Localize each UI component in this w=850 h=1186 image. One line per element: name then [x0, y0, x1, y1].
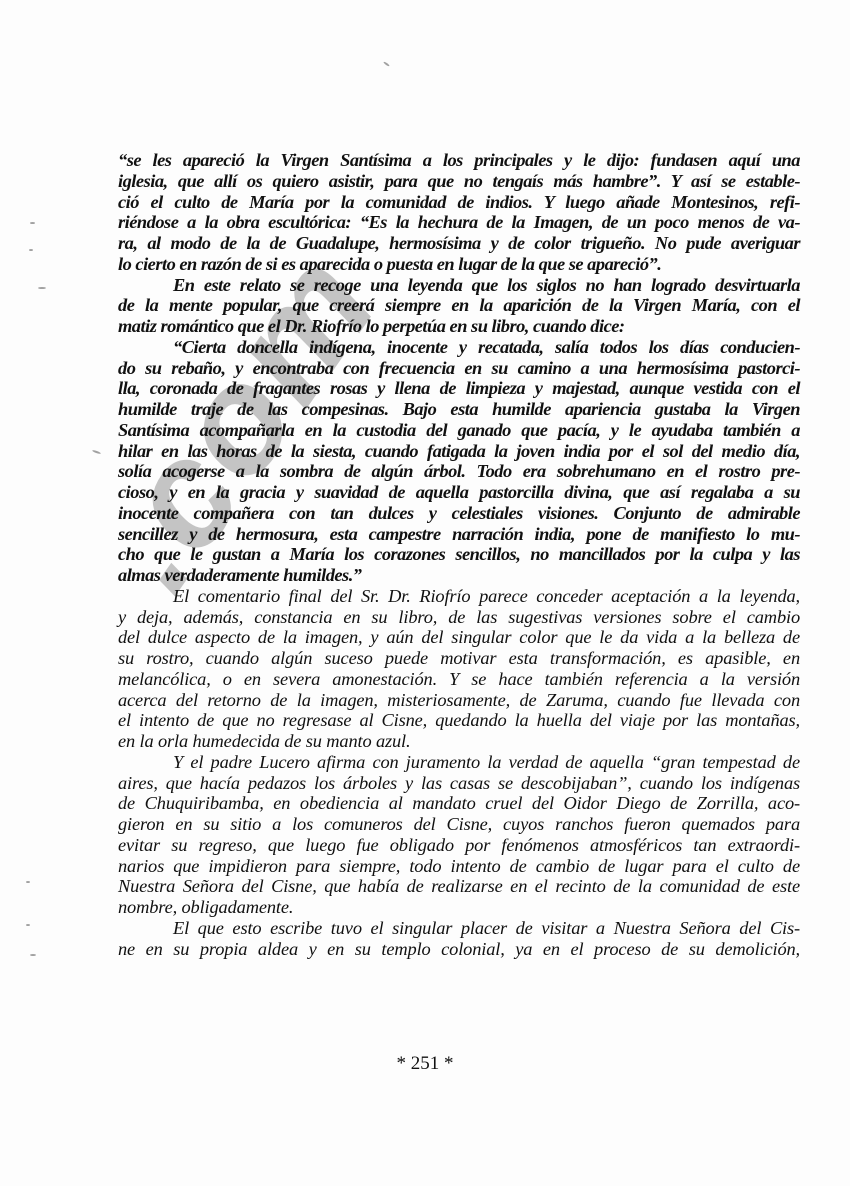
text-line: “se les apareció la Virgen Santísima a l… — [118, 150, 800, 171]
text-line: iglesia, que allí os quiero asistir, par… — [118, 171, 800, 192]
body-text: “se les apareció la Virgen Santísima a l… — [118, 150, 800, 959]
text-line: cho que le gustan a María los corazones … — [118, 544, 800, 565]
text-line: melancólica, o en severa amonestación. Y… — [118, 669, 800, 690]
text-line: ne en su propia aldea y en su templo col… — [118, 939, 800, 960]
paragraph: El que esto escribe tuvo el singular pla… — [118, 918, 800, 960]
scan-speck — [26, 924, 30, 926]
text-line: sencillez y de hermosura, esta campestre… — [118, 524, 800, 545]
text-line: do su rebaño, y encontraba con frecuenci… — [118, 358, 800, 379]
text-line: gieron en su sitio a los comuneros del C… — [118, 814, 800, 835]
text-line: “Cierta doncella indígena, inocente y re… — [118, 337, 800, 358]
scan-speck — [29, 249, 33, 251]
scan-speck — [30, 222, 35, 224]
text-line: evitar su regreso, que luego fue obligad… — [118, 835, 800, 856]
text-line: de Chuquiribamba, en obediencia al manda… — [118, 793, 800, 814]
text-line: lo cierto en razón de si es aparecida o … — [118, 254, 800, 275]
scan-speck — [26, 881, 30, 883]
text-line: del dulce aspecto de la imagen, y aún de… — [118, 627, 800, 648]
text-line: El comentario final del Sr. Dr. Riofrío … — [118, 586, 800, 607]
text-line: narios que impidieron para siempre, todo… — [118, 856, 800, 877]
text-line: lla, coronada de fragantes rosas y llena… — [118, 378, 800, 399]
text-line: ció el culto de María por la comunidad d… — [118, 192, 800, 213]
paragraph: “se les apareció la Virgen Santísima a l… — [118, 150, 800, 275]
text-line: Santísima acompañarla en la custodia del… — [118, 420, 800, 441]
paragraph: Y el padre Lucero afirma con juramento l… — [118, 752, 800, 918]
text-line: hilar en las horas de la siesta, cuando … — [118, 441, 800, 462]
scanned-page: .com “se les apareció la Virgen Santísim… — [0, 0, 850, 1186]
paragraph: “Cierta doncella indígena, inocente y re… — [118, 337, 800, 586]
text-line: acerca del retorno de la imagen, misteri… — [118, 690, 800, 711]
text-line: solía acogerse a la sombra de algún árbo… — [118, 461, 800, 482]
text-line: aires, que hacía pedazos los árboles y l… — [118, 773, 800, 794]
page-number: * 251 * — [0, 1053, 850, 1075]
text-line: riéndose a la obra escultórica: “Es la h… — [118, 212, 800, 233]
text-line: cioso, y en la gracia y suavidad de aque… — [118, 482, 800, 503]
text-line: y deja, además, constancia en su libro, … — [118, 607, 800, 628]
text-line: almas verdaderamente humildes.” — [118, 565, 800, 586]
text-line: El que esto escribe tuvo el singular pla… — [118, 918, 800, 939]
text-line: matiz romántico que el Dr. Riofrío lo pe… — [118, 316, 800, 337]
text-line: de la mente popular, que creerá siempre … — [118, 295, 800, 316]
text-line: En este relato se recoge una leyenda que… — [118, 275, 800, 296]
text-line: el intento de que no regresase al Cisne,… — [118, 710, 800, 731]
text-line: Y el padre Lucero afirma con juramento l… — [118, 752, 800, 773]
scan-speck — [30, 954, 36, 956]
text-line: nombre, obligadamente. — [118, 897, 800, 918]
text-line: Nuestra Señora del Cisne, que había de r… — [118, 876, 800, 897]
text-line: ra, al modo de la de Guadalupe, hermosís… — [118, 233, 800, 254]
text-line: en la orla humedecida de su manto azul. — [118, 731, 800, 752]
scan-speck — [38, 287, 46, 289]
paragraph: En este relato se recoge una leyenda que… — [118, 275, 800, 337]
text-line: inocente compañera con tan dulces y cele… — [118, 503, 800, 524]
text-line: humilde traje de las compesinas. Bajo es… — [118, 399, 800, 420]
scan-speck — [92, 450, 101, 455]
text-line: su rostro, cuando algún suceso puede mot… — [118, 648, 800, 669]
paragraph: El comentario final del Sr. Dr. Riofrío … — [118, 586, 800, 752]
scan-speck — [383, 61, 390, 67]
